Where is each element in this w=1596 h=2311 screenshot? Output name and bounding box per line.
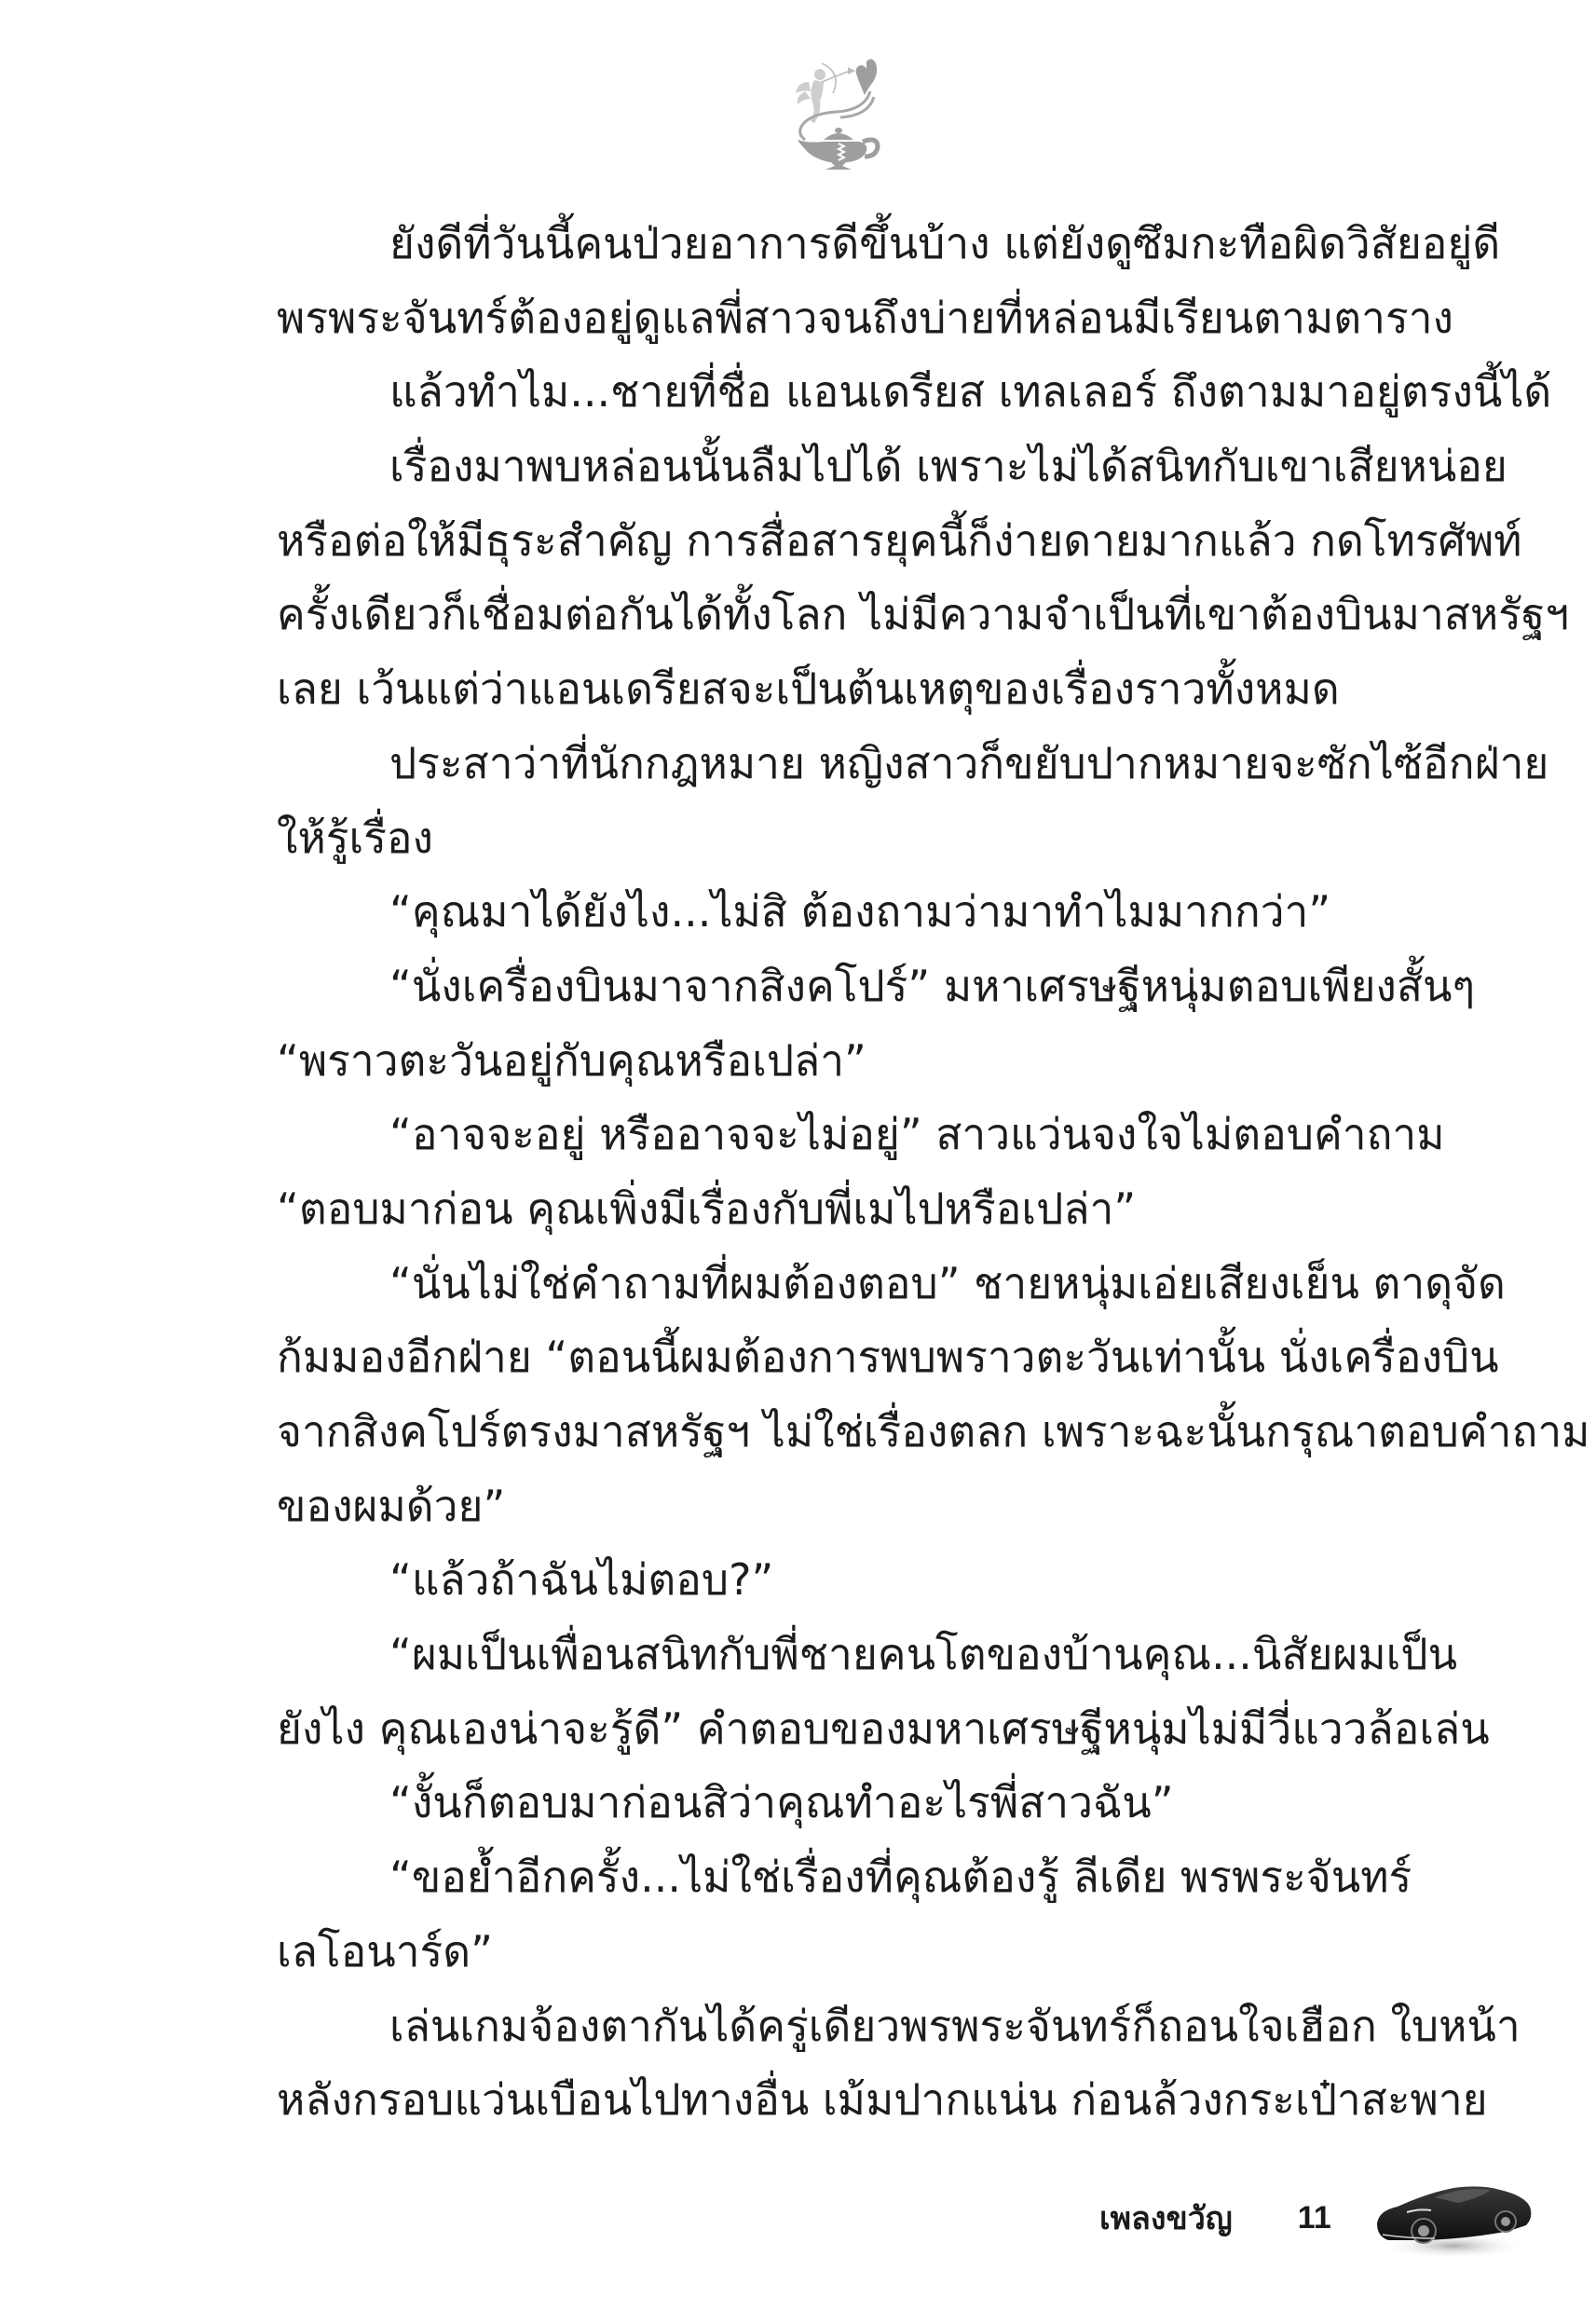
text-line: “อาจจะอยู่ หรืออาจจะไม่อยู่” สาวแว่นจงใจ… [277, 1098, 1412, 1172]
text-line: “แล้วถ้าฉันไม่ตอบ?” [277, 1543, 1412, 1618]
text-line: ครั้งเดียวก็เชื่อมต่อกันได้ทั้งโลก ไม่มี… [277, 578, 1412, 652]
text-line: “งั้นก็ตอบมาก่อนสิว่าคุณทำอะไรพี่สาวฉัน” [277, 1766, 1412, 1840]
text-line: ประสาว่าที่นักกฎหมาย หญิงสาวก็ขยับปากหมา… [277, 727, 1412, 801]
text-line: เรื่องมาพบหล่อนนั้นลืมไปได้ เพราะไม่ได้ส… [277, 430, 1412, 504]
text-line: แล้วทำไม...ชายที่ชื่อ แอนเดรียส เทลเลอร์… [277, 355, 1412, 430]
text-line: ยังดีที่วันนี้คนป่วยอาการดีขึ้นบ้าง แต่ย… [277, 207, 1412, 281]
text-line: “นั่งเครื่องบินมาจากสิงคโปร์” มหาเศรษฐีห… [277, 950, 1412, 1024]
text-line: ยังไง คุณเองน่าจะรู้ดี” คำตอบของมหาเศรษฐ… [277, 1692, 1412, 1767]
text-line: ของผมด้วย” [277, 1470, 1412, 1544]
text-line: หรือต่อให้มีธุระสำคัญ การสื่อสารยุคนี้ก็… [277, 504, 1412, 579]
text-line: จากสิงคโปร์ตรงมาสหรัฐฯ ไม่ใช่เรื่องตลก เ… [277, 1395, 1412, 1470]
book-title: เพลงขวัญ [1099, 2193, 1233, 2243]
page-number: 11 [1298, 2200, 1331, 2236]
text-line: เล่นเกมจ้องตากันได้ครู่เดียวพรพระจันทร์ก… [277, 1990, 1412, 2064]
page-body-text: ยังดีที่วันนี้คนป่วยอาการดีขึ้นบ้าง แต่ย… [277, 207, 1412, 2138]
text-line: “คุณมาได้ยังไง...ไม่สิ ต้องถามว่ามาทำไมม… [277, 875, 1412, 950]
text-line: “ผมเป็นเพื่อนสนิทกับพี่ชายคนโตของบ้านคุณ… [277, 1618, 1412, 1692]
text-line: “พราวตะวันอยู่กับคุณหรือเปล่า” [277, 1024, 1412, 1099]
black-sports-car-icon [1370, 2169, 1537, 2263]
text-line: เลโอนาร์ด” [277, 1915, 1412, 1990]
page-footer: เพลงขวัญ 11 [1099, 2181, 1331, 2255]
text-line: “นั่นไม่ใช่คำถามที่ผมต้องตอบ” ชายหนุ่มเอ… [277, 1247, 1412, 1321]
text-line: “ตอบมาก่อน คุณเพิ่งมีเรื่องกับพี่เมไปหรื… [277, 1172, 1412, 1247]
text-line: “ขอย้ำอีกครั้ง...ไม่ใช่เรื่องที่คุณต้องร… [277, 1840, 1412, 1915]
text-line: เลย เว้นแต่ว่าแอนเดรียสจะเป็นต้นเหตุของเ… [277, 652, 1412, 727]
text-line: ให้รู้เรื่อง [277, 801, 1412, 876]
text-line: หลังกรอบแว่นเบือนไปทางอื่น เม้มปากแน่น ก… [277, 2063, 1412, 2138]
text-line: พรพระจันทร์ต้องอยู่ดูแลพี่สาวจนถึงบ่ายที… [277, 281, 1412, 356]
text-line: ก้มมองอีกฝ่าย “ตอนนี้ผมต้องการพบพราวตะวั… [277, 1320, 1412, 1395]
cupid-genie-lamp-icon [781, 54, 897, 171]
